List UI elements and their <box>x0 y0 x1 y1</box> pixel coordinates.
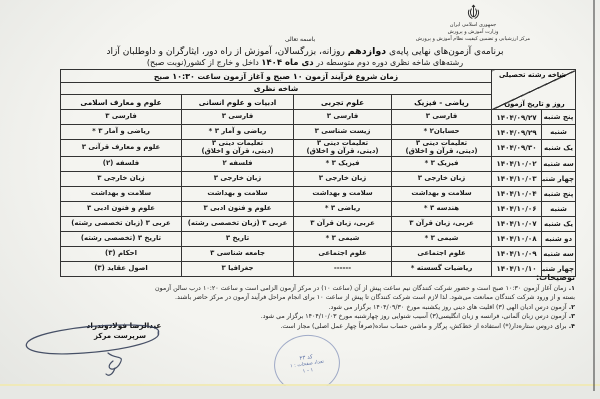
exam-schedule-table: شاخه رشته تحصیلی روز و تاریخ آزمون زمان … <box>60 69 576 277</box>
note-text: زمان آغاز آزمون ۱۰:۳۰ صبح است و حضور شرک… <box>155 285 575 301</box>
time-text-pre: زمان شروع فرآیند آزمون <box>303 72 398 81</box>
subject-cell-humanities: تاریخ ۳ <box>182 231 294 246</box>
scan-bottom-edge <box>0 386 600 399</box>
note-number: ۴. <box>567 323 575 330</box>
date-cell: ۱۴۰۴/۰۹/۳۰ <box>492 140 542 157</box>
day-cell: شنبه <box>542 201 576 216</box>
note-number: ۱. <box>566 285 575 292</box>
subject-cell-islamic-studies: سلامت و بهداشت <box>61 186 182 201</box>
subject-cell-math-physics: تعلیمات دینی ۳ (دینی، قرآن و اخلاق) <box>392 140 492 157</box>
note-number: ۲. <box>567 304 575 311</box>
title1-grade-bold: دوازدهم <box>348 46 386 57</box>
ministry-line-country: جمهوری اسلامی ایران <box>358 22 588 29</box>
scanned-exam-schedule-document: جمهوری اسلامی ایران وزارت آموزش و پرورش … <box>0 0 600 399</box>
subject-cell-humanities: ریاضی و آمار ۳ * <box>182 125 294 140</box>
day-cell: پنج شنبه <box>542 110 576 125</box>
subject-cell-math-physics: فیزیک ۳ * <box>392 156 492 171</box>
date-cell: ۱۴۰۴/۱۰/۰۳ <box>492 171 542 186</box>
subject-cell-math-physics: حسابان۲ * <box>392 125 492 140</box>
iran-emblem-icon <box>466 4 481 21</box>
subject-cell-experimental: سلامت و بهداشت <box>294 186 392 201</box>
title1-suffix: روزانه، بزرگسالان، آموزش از راه دور، ایث… <box>107 47 348 57</box>
title2-suffix: داخل و خارج از کشور(نوبت صبح) <box>147 58 261 67</box>
time-header-row: شاخه رشته تحصیلی روز و تاریخ آزمون زمان … <box>61 70 576 83</box>
note-text: آزمون درس زبان آلمانی، فرانسه و زبان انگ… <box>261 313 567 320</box>
subject-cell-experimental: فیزیک ۳ * <box>294 156 392 171</box>
exam-table-row: یک شنبه۱۴۰۴/۰۹/۳۰تعلیمات دینی ۳ (دینی، ق… <box>61 140 576 157</box>
exam-table-row: پنج شنبه۱۴۰۴/۰۹/۲۷فارسی ۳فارسی ۳فارسی ۳ف… <box>61 110 576 125</box>
subject-cell-experimental: شیمی ۳ * <box>294 231 392 246</box>
exam-table-head: شاخه رشته تحصیلی روز و تاریخ آزمون زمان … <box>61 70 576 110</box>
subject-cell-experimental: علوم اجتماعی <box>294 246 392 261</box>
column-header-islamic-studies: علوم و معارف اسلامی <box>61 95 182 110</box>
subject-cell-humanities: فلسفه ۲ <box>182 156 294 171</box>
time-text-post: صبح <box>154 72 172 81</box>
handwritten-signature <box>16 318 166 380</box>
corner-daydate-label: روز و تاریخ آزمون <box>494 100 575 108</box>
day-cell: سه شنبه <box>542 156 576 171</box>
subject-cell-islamic-studies: فارسی ۳ <box>61 110 182 125</box>
date-cell: ۱۴۰۴/۱۰/۰۸ <box>492 231 542 246</box>
note-item: ۲. آزمون درس ادیان الهی (۳) اقلیت های دی… <box>155 303 575 312</box>
subject-cell-experimental: فارسی ۳ <box>294 110 392 125</box>
column-header-experimental: علوم تجربی <box>294 95 392 110</box>
subject-cell-math-physics: سلامت و بهداشت <box>392 186 492 201</box>
subject-cell-math-physics: عربی، زبان قرآن ۳ <box>392 216 492 231</box>
subject-cell-islamic-studies: علوم و معارف قرآنی ۳ <box>61 140 182 157</box>
theoretical-branch-header: شاخه نظری <box>61 83 492 95</box>
subject-cell-humanities: فارسی ۳ <box>182 110 294 125</box>
scan-right-edge <box>593 0 595 391</box>
exam-table-row: چهار شنبه۱۴۰۴/۱۰/۰۳زبان خارجی ۳زبان خارج… <box>61 171 576 186</box>
exam-table-body: پنج شنبه۱۴۰۴/۰۹/۲۷فارسی ۳فارسی ۳فارسی ۳ف… <box>61 110 576 277</box>
subject-cell-math-physics: زبان خارجی ۳ <box>392 171 492 186</box>
day-cell: دو شنبه <box>542 231 576 246</box>
note-item: ۳. آزمون درس زبان آلمانی، فرانسه و زبان … <box>155 312 575 321</box>
subject-cell-islamic-studies: احکام (۳) <box>61 246 182 261</box>
date-cell: ۱۴۰۴/۱۰/۰۶ <box>492 201 542 216</box>
column-header-math-physics: ریاضی - فیزیک <box>392 95 492 110</box>
subject-cell-experimental: عربی، زبان قرآن ۳ <box>294 216 392 231</box>
exam-start-time-header: زمان شروع فرآیند آزمون ۱۰ صبح و آغاز آزم… <box>61 70 492 83</box>
subject-cell-math-physics: فارسی ۳ <box>392 110 492 125</box>
subject-cell-experimental: زبان خارجی ۳ <box>294 171 392 186</box>
date-cell: ۱۴۰۴/۱۰/۰۷ <box>492 216 542 231</box>
time-text-mid: و آغاز آزمون ساعت <box>195 72 273 81</box>
date-cell: ۱۴۰۴/۱۰/۰۴ <box>492 186 542 201</box>
subject-cell-islamic-studies: تاریخ ۳ (تخصصی رشته) <box>61 231 182 246</box>
date-cell: ۱۴۰۴/۰۹/۲۹ <box>492 125 542 140</box>
notes-list: ۱. زمان آغاز آزمون ۱۰:۳۰ صبح است و حضور … <box>155 284 575 331</box>
title2-prefix: رشته‌های شاخه نظری دوره دوم متوسطه در <box>314 58 464 67</box>
date-cell: ۱۴۰۴/۱۰/۰۲ <box>492 156 542 171</box>
notes-section: توضیحات: ۱. زمان آغاز آزمون ۱۰:۳۰ صبح اس… <box>155 273 575 331</box>
subject-cell-humanities: تعلیمات دینی ۳ (دینی، قرآن و اخلاق) <box>182 140 294 157</box>
day-cell: چهار شنبه <box>542 171 576 186</box>
note-item: ۱. زمان آغاز آزمون ۱۰:۳۰ صبح است و حضور … <box>155 284 575 303</box>
basmala-text: باسمه تعالی <box>0 36 600 43</box>
subject-cell-islamic-studies: علوم و فنون ادبی ۳ <box>61 201 182 216</box>
title2-month-bold: دی ماه ۱۴۰۴ <box>261 58 313 68</box>
subject-cell-humanities: سلامت و بهداشت <box>182 186 294 201</box>
day-cell: شنبه <box>542 125 576 140</box>
note-text: برای دروس ستاره‌دار(*) استفاده از خط‌کش،… <box>280 323 566 330</box>
subject-cell-humanities: زبان خارجی ۳ <box>182 171 294 186</box>
stamp-page-number: ۱ - ۱ <box>302 367 313 374</box>
exam-table-row: شنبه۱۴۰۴/۱۰/۰۶هندسه ۳ *ریاضی ۳ *علوم و ف… <box>61 201 576 216</box>
subject-cell-experimental: زیست شناسی ۳ <box>294 125 392 140</box>
subject-cell-math-physics: شیمی ۳ * <box>392 231 492 246</box>
exam-table-row: شنبه۱۴۰۴/۰۹/۲۹حسابان۲ *زیست شناسی ۳ریاضی… <box>61 125 576 140</box>
note-item: ۴. برای دروس ستاره‌دار(*) استفاده از خط‌… <box>155 322 575 331</box>
corner-diagonal-cell: شاخه رشته تحصیلی روز و تاریخ آزمون <box>492 70 576 110</box>
subject-cell-humanities: جامعه شناسی ۳ <box>182 246 294 261</box>
ministry-line-ministry: وزارت آموزش و پرورش <box>358 29 588 36</box>
exam-table-row: سه شنبه۱۴۰۴/۱۰/۰۹علوم اجتماعیعلوم اجتماع… <box>61 246 576 261</box>
exam-table-row: دو شنبه۱۴۰۴/۱۰/۰۸شیمی ۳ *شیمی ۳ *تاریخ ۳… <box>61 231 576 246</box>
column-header-humanities: ادبیات و علوم انسانی <box>182 95 294 110</box>
corner-branch-label: شاخه رشته تحصیلی <box>492 71 573 79</box>
document-title-line1: برنامه‌ی آزمون‌های نهایی پایه‌ی دوازدهم … <box>60 46 550 57</box>
note-number: ۳. <box>567 313 575 320</box>
day-cell: سه شنبه <box>542 246 576 261</box>
day-cell: پنج شنبه <box>542 186 576 201</box>
document-title-line2: رشته‌های شاخه نظری دوره دوم متوسطه در دی… <box>60 58 550 68</box>
day-cell: یک شنبه <box>542 216 576 231</box>
subject-cell-math-physics: هندسه ۳ * <box>392 201 492 216</box>
subject-cell-humanities: عربی ۳ (زبان تخصصی رشته) <box>182 216 294 231</box>
title1-prefix: برنامه‌ی آزمون‌های نهایی پایه‌ی <box>386 47 503 57</box>
day-cell: یک شنبه <box>542 140 576 157</box>
notes-heading: توضیحات: <box>155 273 575 282</box>
subject-cell-islamic-studies: زبان خارجی ۳ <box>61 171 182 186</box>
time-10am-bold: ۱۰ صبح <box>273 72 302 81</box>
subject-cell-islamic-studies: ریاضی و آمار ۳ * <box>61 125 182 140</box>
subject-cell-math-physics: علوم اجتماعی <box>392 246 492 261</box>
subject-cell-experimental: ریاضی ۳ * <box>294 201 392 216</box>
time-1030-bold: ۱۰:۳۰ <box>172 72 195 81</box>
subject-cell-islamic-studies: عربی ۳ (زبان تخصصی رشته) <box>61 216 182 231</box>
subject-cell-experimental: تعلیمات دینی ۳ (دینی، قرآن و اخلاق) <box>294 140 392 157</box>
date-cell: ۱۴۰۴/۰۹/۲۷ <box>492 110 542 125</box>
exam-table-row: یک شنبه۱۴۰۴/۱۰/۰۷عربی، زبان قرآن ۳عربی، … <box>61 216 576 231</box>
note-text: آزمون درس ادیان الهی (۳) اقلیت های دینی … <box>329 304 567 311</box>
exam-table-row: پنج شنبه۱۴۰۴/۱۰/۰۴سلامت و بهداشتسلامت و … <box>61 186 576 201</box>
date-cell: ۱۴۰۴/۱۰/۰۹ <box>492 246 542 261</box>
subject-cell-humanities: علوم و فنون ادبی ۳ <box>182 201 294 216</box>
exam-table-row: سه شنبه۱۴۰۴/۱۰/۰۲فیزیک ۳ *فیزیک ۳ *فلسفه… <box>61 156 576 171</box>
subject-cell-islamic-studies: فلسفه (۲) <box>61 156 182 171</box>
